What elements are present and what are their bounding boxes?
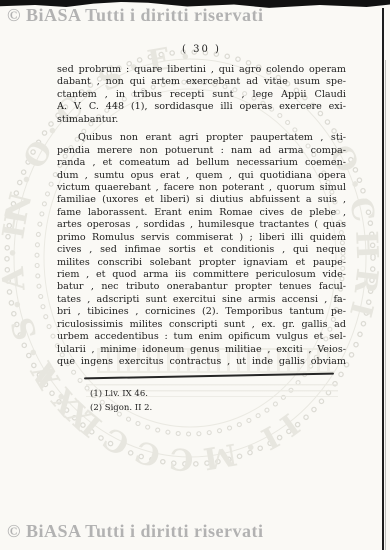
text-line: que ingens exercitus contractus , ut ind…	[57, 356, 346, 368]
footnotes: (1) Liv. IX 46.(2) Sigon. II 2.	[90, 388, 152, 415]
text-line: victum quaerebant , facere non poterant …	[57, 182, 346, 194]
text-line: fame laborassent. Erant enim Romae cives…	[57, 207, 346, 219]
text-line: primo Romulus servis commiserat ) ; libe…	[57, 232, 346, 244]
text-line: lularii , minime idoneum genus militiae …	[57, 344, 346, 356]
text-line: ctantem , in tribus recepti sunt , lege …	[57, 89, 346, 101]
scan-edge-right	[382, 8, 384, 550]
text-line: dabant , non qui artem exercebant ad vit…	[57, 76, 346, 88]
text-line: stimabantur.	[57, 114, 346, 126]
footnote: (1) Liv. IX 46.	[90, 388, 152, 402]
text-line: dum , sumtu opus erat , quem , qui quoti…	[57, 170, 346, 182]
text-line: batur , nec tributo onerabantur propter …	[57, 281, 346, 293]
text-line: artes operosas , sordidas , humilesque t…	[57, 219, 346, 231]
text-line: riculosissimis milites conscripti sunt ,…	[57, 319, 346, 331]
text-line: cives , sed infimae sortis et conditioni…	[57, 244, 346, 256]
footnote: (2) Sigon. II 2.	[90, 402, 152, 416]
text-line: tates , adscripti sunt exercitui sine ar…	[57, 294, 346, 306]
text-line: randa , et comeatum ad bellum necessariu…	[57, 157, 346, 169]
text-line: Quibus non erant agri propter paupertate…	[57, 132, 346, 144]
paragraph: Quibus non erant agri propter paupertate…	[57, 132, 346, 368]
text-line: riem , et quod arma iis committere peric…	[57, 269, 346, 281]
paragraph: sed probrum : quare libertini , qui agro…	[57, 64, 346, 126]
text-line: pendia merere non potuerunt : nam ad arm…	[57, 145, 346, 157]
page-body: ( 30 ) sed probrum : quare libertini , q…	[57, 44, 346, 369]
text-line: familiae (uxores et liberi) si diutius a…	[57, 194, 346, 206]
text-line: urbem accedentibus : tum enim opificum v…	[57, 331, 346, 343]
body-text: sed probrum : quare libertini , qui agro…	[57, 64, 346, 369]
text-line: milites conscribi solebant propter ignav…	[57, 257, 346, 269]
scan-edge-right-shadow	[385, 60, 386, 550]
text-line: sed probrum : quare libertini , qui agro…	[57, 64, 346, 76]
text-line: bri , tibicines , cornicines (2). Tempor…	[57, 306, 346, 318]
page-number: ( 30 )	[57, 44, 346, 58]
watermark-bottom: © BiASA Tutti i diritti riservati	[7, 521, 387, 542]
text-line: A. V. C. 448 (1), sordidasque illi opera…	[57, 101, 346, 113]
watermark-top: © BiASA Tutti i diritti riservati	[7, 5, 387, 26]
